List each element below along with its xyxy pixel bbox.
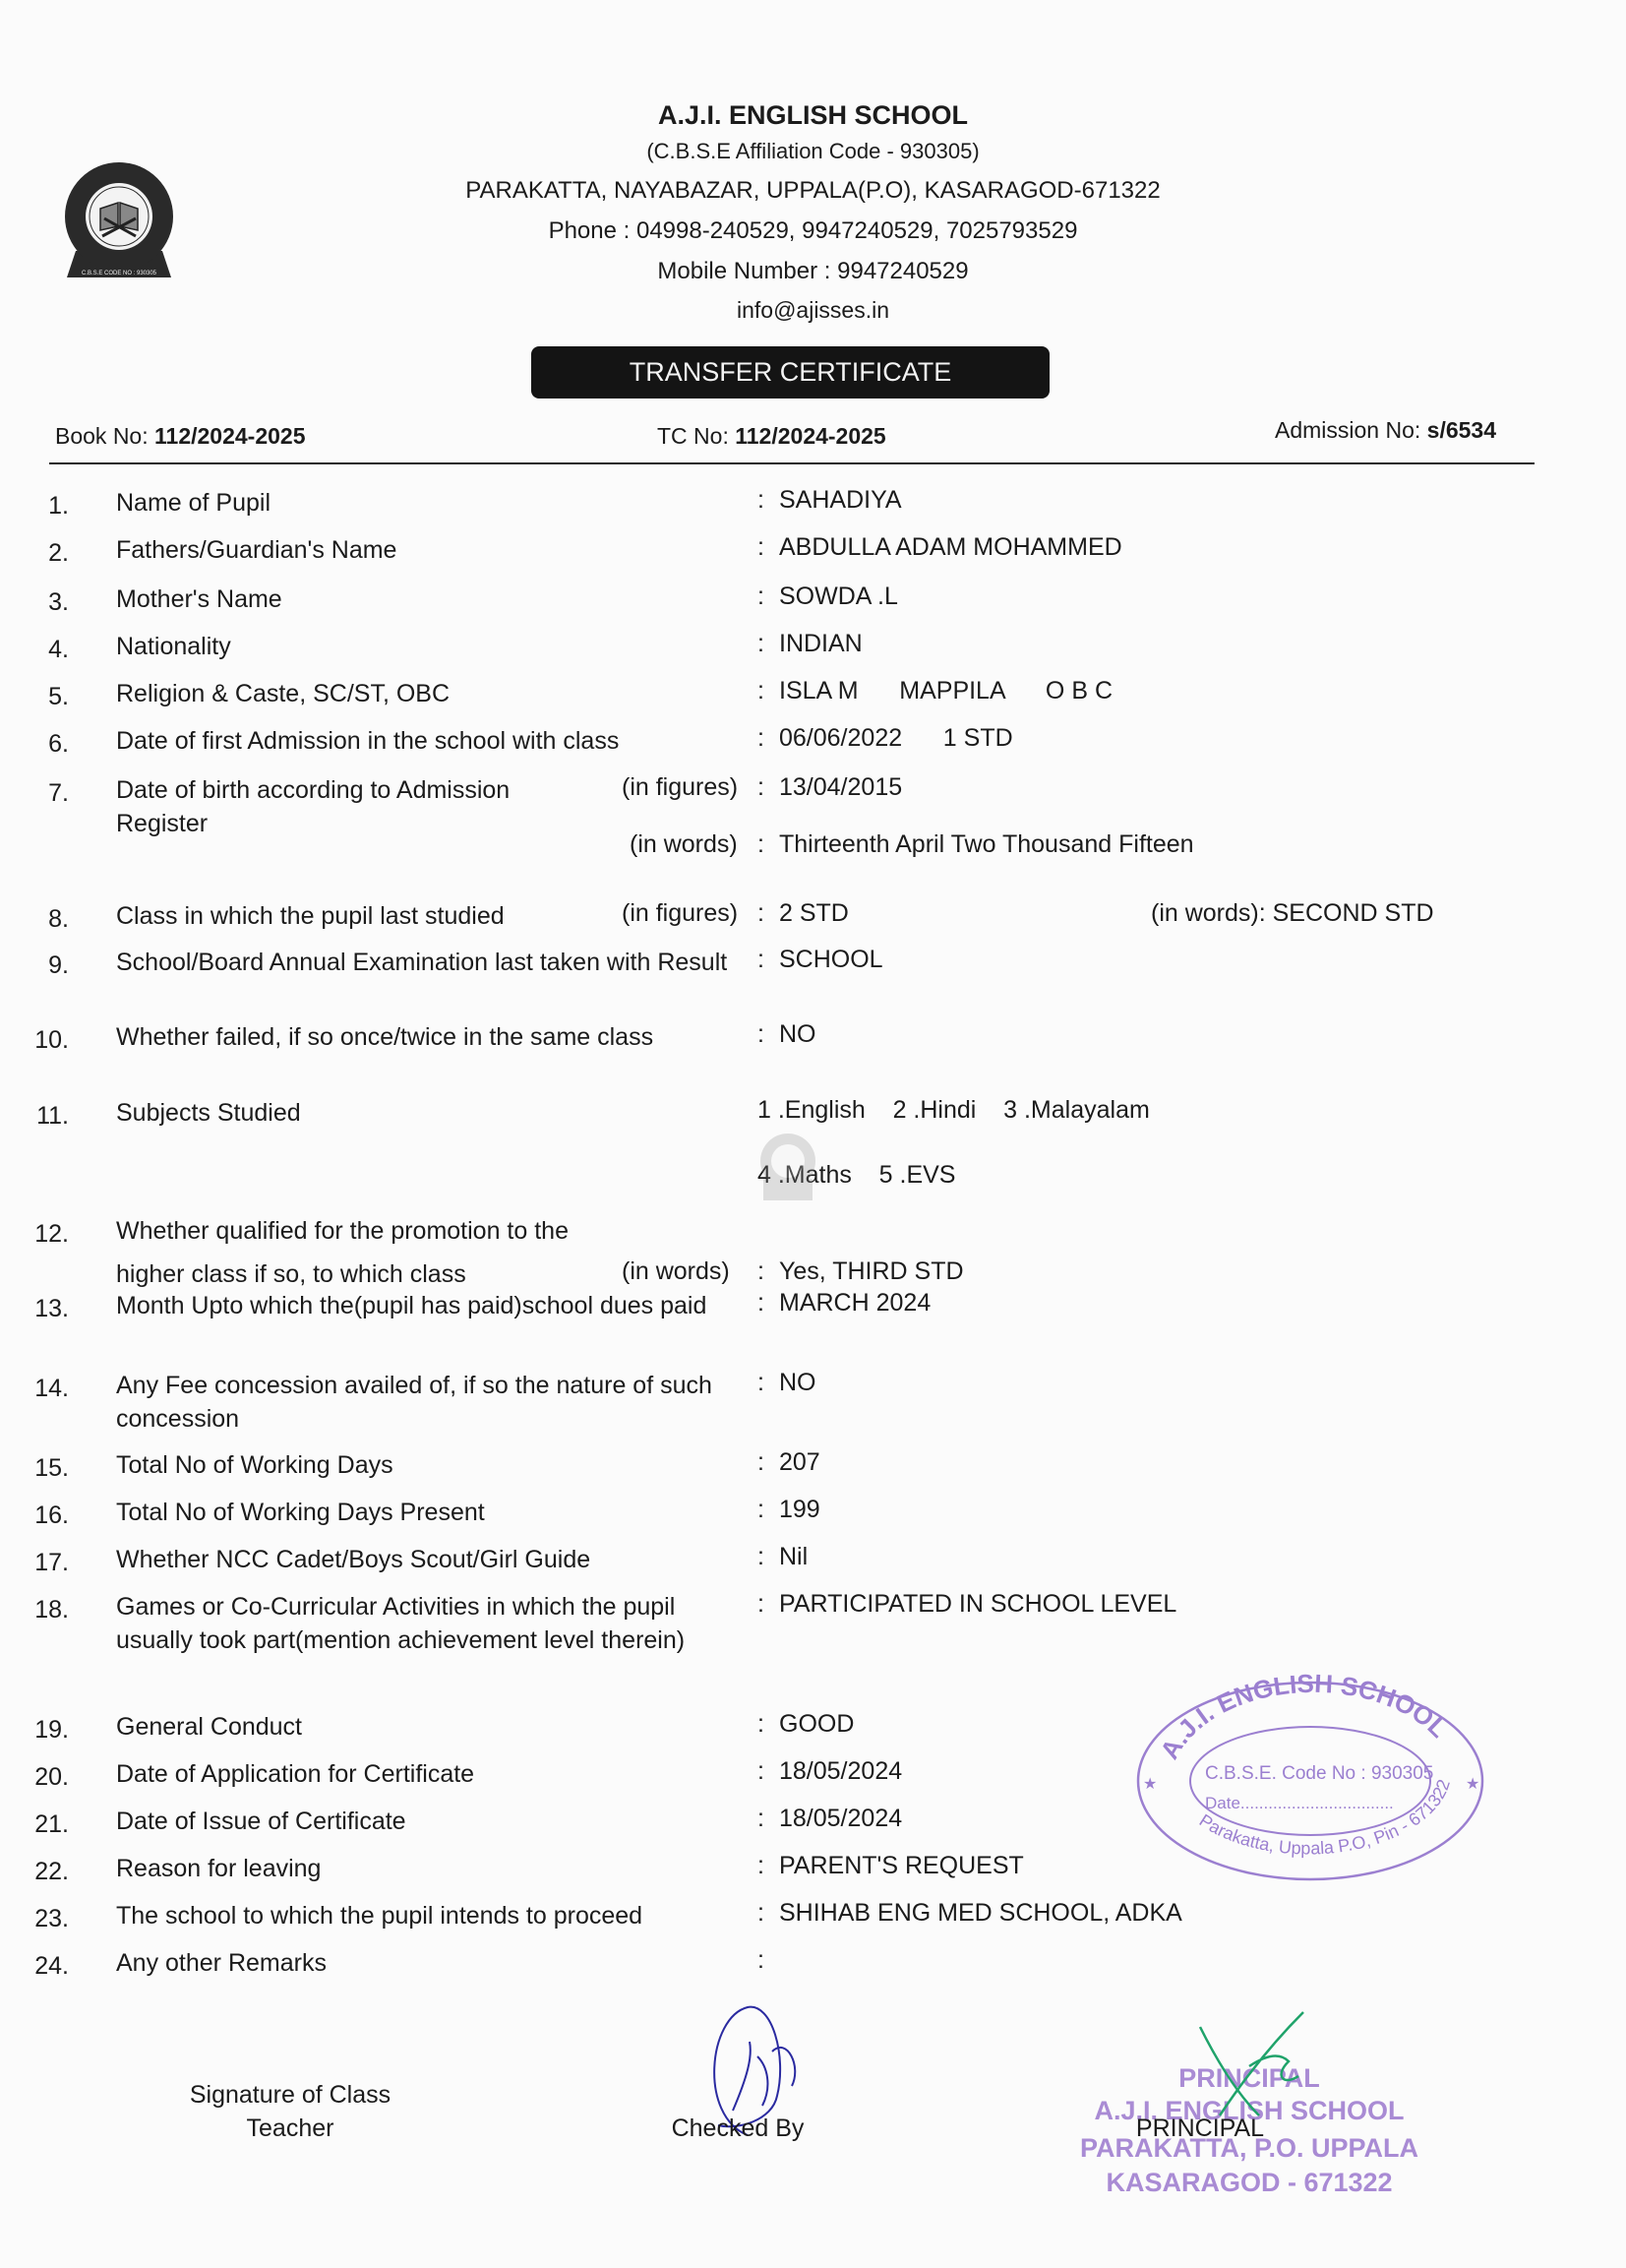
row-number: 16. — [25, 1502, 69, 1530]
row-colon: : — [757, 830, 764, 859]
row-number: 11. — [25, 1102, 69, 1131]
watermark-crest-icon — [757, 1132, 818, 1202]
row-label: Nationality — [116, 630, 746, 663]
row-number: 18. — [25, 1596, 69, 1624]
row-label: Total No of Working Days — [116, 1448, 746, 1482]
row-value: 207 — [779, 1448, 820, 1477]
row-label: Date of Issue of Certificate — [116, 1805, 746, 1838]
row-value: 2 STD — [779, 899, 849, 928]
row-colon: : — [757, 946, 764, 974]
row-colon: : — [757, 773, 764, 802]
row-number: 15. — [25, 1454, 69, 1483]
row-value: NO — [779, 1369, 816, 1397]
row-value: NO — [779, 1020, 816, 1049]
row-colon: : — [757, 582, 764, 611]
row-value: 13/04/2015 — [779, 773, 902, 802]
row-value: MARCH 2024 — [779, 1289, 931, 1318]
class-teacher-signature-label: Signature of Class Teacher — [167, 2078, 413, 2145]
row-number: 14. — [25, 1375, 69, 1403]
row-label: Games or Co-Curricular Activities in whi… — [116, 1590, 746, 1657]
row-label: Name of Pupil — [116, 486, 746, 520]
qualifier-words: (in words) — [630, 830, 738, 859]
school-seal-stamp: A.J.I. ENGLISH SCHOOL Parakatta, Uppala … — [1131, 1673, 1490, 1884]
row-value: Nil — [779, 1543, 808, 1571]
row-label: Date of Application for Certificate — [116, 1757, 746, 1791]
row-colon: : — [757, 1257, 764, 1286]
row-value: 18/05/2024 — [779, 1805, 902, 1833]
row-label: Month Upto which the(pupil has paid)scho… — [116, 1289, 746, 1322]
row-number: 2. — [25, 539, 69, 568]
row-colon: : — [757, 1899, 764, 1928]
row-number: 19. — [25, 1716, 69, 1745]
row-colon: : — [757, 1946, 764, 1975]
checked-by-label: Checked By — [649, 2112, 826, 2145]
row-colon: : — [757, 724, 764, 753]
row-value: SCHOOL — [779, 946, 883, 974]
row-colon: : — [757, 677, 764, 705]
row-colon: : — [757, 1448, 764, 1477]
row-colon: : — [757, 533, 764, 562]
row-label: Class in which the pupil last studied — [116, 899, 608, 933]
svg-text:Date..........................: Date................................. — [1205, 1794, 1394, 1812]
row-number: 7. — [25, 779, 69, 808]
row-label: Date of first Admission in the school wi… — [116, 724, 805, 758]
svg-text:★: ★ — [1143, 1776, 1157, 1793]
row-label: Reason for leaving — [116, 1852, 746, 1885]
row-label: Religion & Caste, SC/ST, OBC — [116, 677, 746, 710]
row-colon: : — [757, 1020, 764, 1049]
school-phone: Phone : 04998-240529, 9947240529, 702579… — [0, 219, 1626, 243]
row-value: ISLA M MAPPILA O B C — [779, 677, 1113, 705]
row-colon: : — [757, 899, 764, 928]
row-label-continued: higher class if so, to which class — [116, 1257, 608, 1291]
row-value: SOWDA .L — [779, 582, 898, 611]
row-number: 9. — [25, 951, 69, 980]
tc-number-label: TC No: — [657, 423, 735, 449]
row-colon: : — [757, 1757, 764, 1786]
document-title: TRANSFER CERTIFICATE — [531, 346, 1050, 398]
admission-number-value: s/6534 — [1427, 417, 1496, 443]
row-number: 13. — [25, 1295, 69, 1323]
row-number: 8. — [25, 905, 69, 934]
row-colon: : — [757, 1289, 764, 1318]
row-label: Any Fee concession availed of, if so the… — [116, 1369, 746, 1436]
row-value: ABDULLA ADAM MOHAMMED — [779, 533, 1122, 562]
qualifier-figures: (in figures) — [622, 773, 738, 802]
row-label: Whether failed, if so once/twice in the … — [116, 1020, 746, 1054]
row-number: 21. — [25, 1810, 69, 1839]
row-number: 6. — [25, 730, 69, 759]
subjects-line-1: 1 .English 2 .Hindi 3 .Malayalam — [757, 1096, 1150, 1125]
book-number: Book No: 112/2024-2025 — [55, 423, 306, 450]
row-number: 3. — [25, 588, 69, 617]
row-label: Whether NCC Cadet/Boys Scout/Girl Guide — [116, 1543, 746, 1576]
row-value: GOOD — [779, 1710, 854, 1739]
row-value: 06/06/2022 1 STD — [779, 724, 1013, 753]
principal-label: PRINCIPAL — [1102, 2112, 1298, 2145]
row-number: 23. — [25, 1905, 69, 1933]
row-colon: : — [757, 630, 764, 658]
row-number: 17. — [25, 1549, 69, 1577]
row-number: 22. — [25, 1858, 69, 1886]
row-label: Fathers/Guardian's Name — [116, 533, 746, 567]
svg-text:C.B.S.E. Code No : 930305: C.B.S.E. Code No : 930305 — [1205, 1763, 1433, 1784]
principal-signature-icon — [1190, 2007, 1318, 2125]
row-label: Whether qualified for the promotion to t… — [116, 1214, 608, 1248]
row-label: Any other Remarks — [116, 1946, 746, 1980]
row-colon: : — [757, 486, 764, 515]
row-label: Date of birth according to Admission Reg… — [116, 773, 608, 840]
row-label: Subjects Studied — [116, 1096, 746, 1130]
principal-stamp-line4: KASARAGOD - 671322 — [1023, 2168, 1475, 2198]
document-title-text: TRANSFER CERTIFICATE — [630, 357, 952, 388]
row-value-words: Thirteenth April Two Thousand Fifteen — [779, 830, 1194, 859]
row-colon: : — [757, 1852, 764, 1880]
row-number: 10. — [25, 1026, 69, 1055]
row-colon: : — [757, 1590, 764, 1619]
row-colon: : — [757, 1805, 764, 1833]
row-colon: : — [757, 1369, 764, 1397]
row-label: General Conduct — [116, 1710, 746, 1744]
school-mobile: Mobile Number : 9947240529 — [0, 260, 1626, 283]
row-value: SHIHAB ENG MED SCHOOL, ADKA — [779, 1899, 1182, 1928]
book-number-label: Book No: — [55, 423, 154, 449]
book-number-value: 112/2024-2025 — [154, 423, 306, 449]
row-number: 20. — [25, 1763, 69, 1792]
row-number: 12. — [25, 1220, 69, 1249]
qualifier-figures: (in figures) — [622, 899, 738, 928]
row-number: 4. — [25, 636, 69, 664]
school-email: info@ajisses.in — [0, 299, 1626, 322]
row-value: PARENT'S REQUEST — [779, 1852, 1024, 1880]
svg-text:Parakatta, Uppala P.O, Pin - 6: Parakatta, Uppala P.O, Pin - 671322 — [1196, 1777, 1454, 1859]
row-colon: : — [757, 1496, 764, 1524]
row-value: PARTICIPATED IN SCHOOL LEVEL — [779, 1590, 1176, 1619]
admission-number: Admission No: s/6534 — [1275, 417, 1496, 444]
divider — [49, 462, 1535, 464]
school-name: A.J.I. ENGLISH SCHOOL — [0, 102, 1626, 129]
affiliation-code: (C.B.S.E Affiliation Code - 930305) — [0, 141, 1626, 162]
row-value: 199 — [779, 1496, 820, 1524]
row-label: The school to which the pupil intends to… — [116, 1899, 746, 1932]
row-label: Total No of Working Days Present — [116, 1496, 746, 1529]
row-value: SAHADIYA — [779, 486, 902, 515]
qualifier-figures: (in words) — [622, 1257, 730, 1286]
row-colon: : — [757, 1543, 764, 1571]
tc-number: TC No: 112/2024-2025 — [657, 423, 886, 450]
row-number: 24. — [25, 1952, 69, 1981]
row-label: Mother's Name — [116, 582, 746, 616]
row-value: INDIAN — [779, 630, 863, 658]
row-colon: : — [757, 1710, 764, 1739]
admission-number-label: Admission No: — [1275, 417, 1427, 443]
row-number: 5. — [25, 683, 69, 711]
school-address: PARAKATTA, NAYABAZAR, UPPALA(P.O), KASAR… — [0, 179, 1626, 203]
tc-number-value: 112/2024-2025 — [735, 423, 886, 449]
row-value: 18/05/2024 — [779, 1757, 902, 1786]
row-value-words: (in words): SECOND STD — [1151, 899, 1434, 928]
row-value: Yes, THIRD STD — [779, 1257, 964, 1286]
row-label: School/Board Annual Examination last tak… — [116, 946, 746, 979]
svg-text:★: ★ — [1466, 1776, 1479, 1793]
row-number: 1. — [25, 492, 69, 521]
